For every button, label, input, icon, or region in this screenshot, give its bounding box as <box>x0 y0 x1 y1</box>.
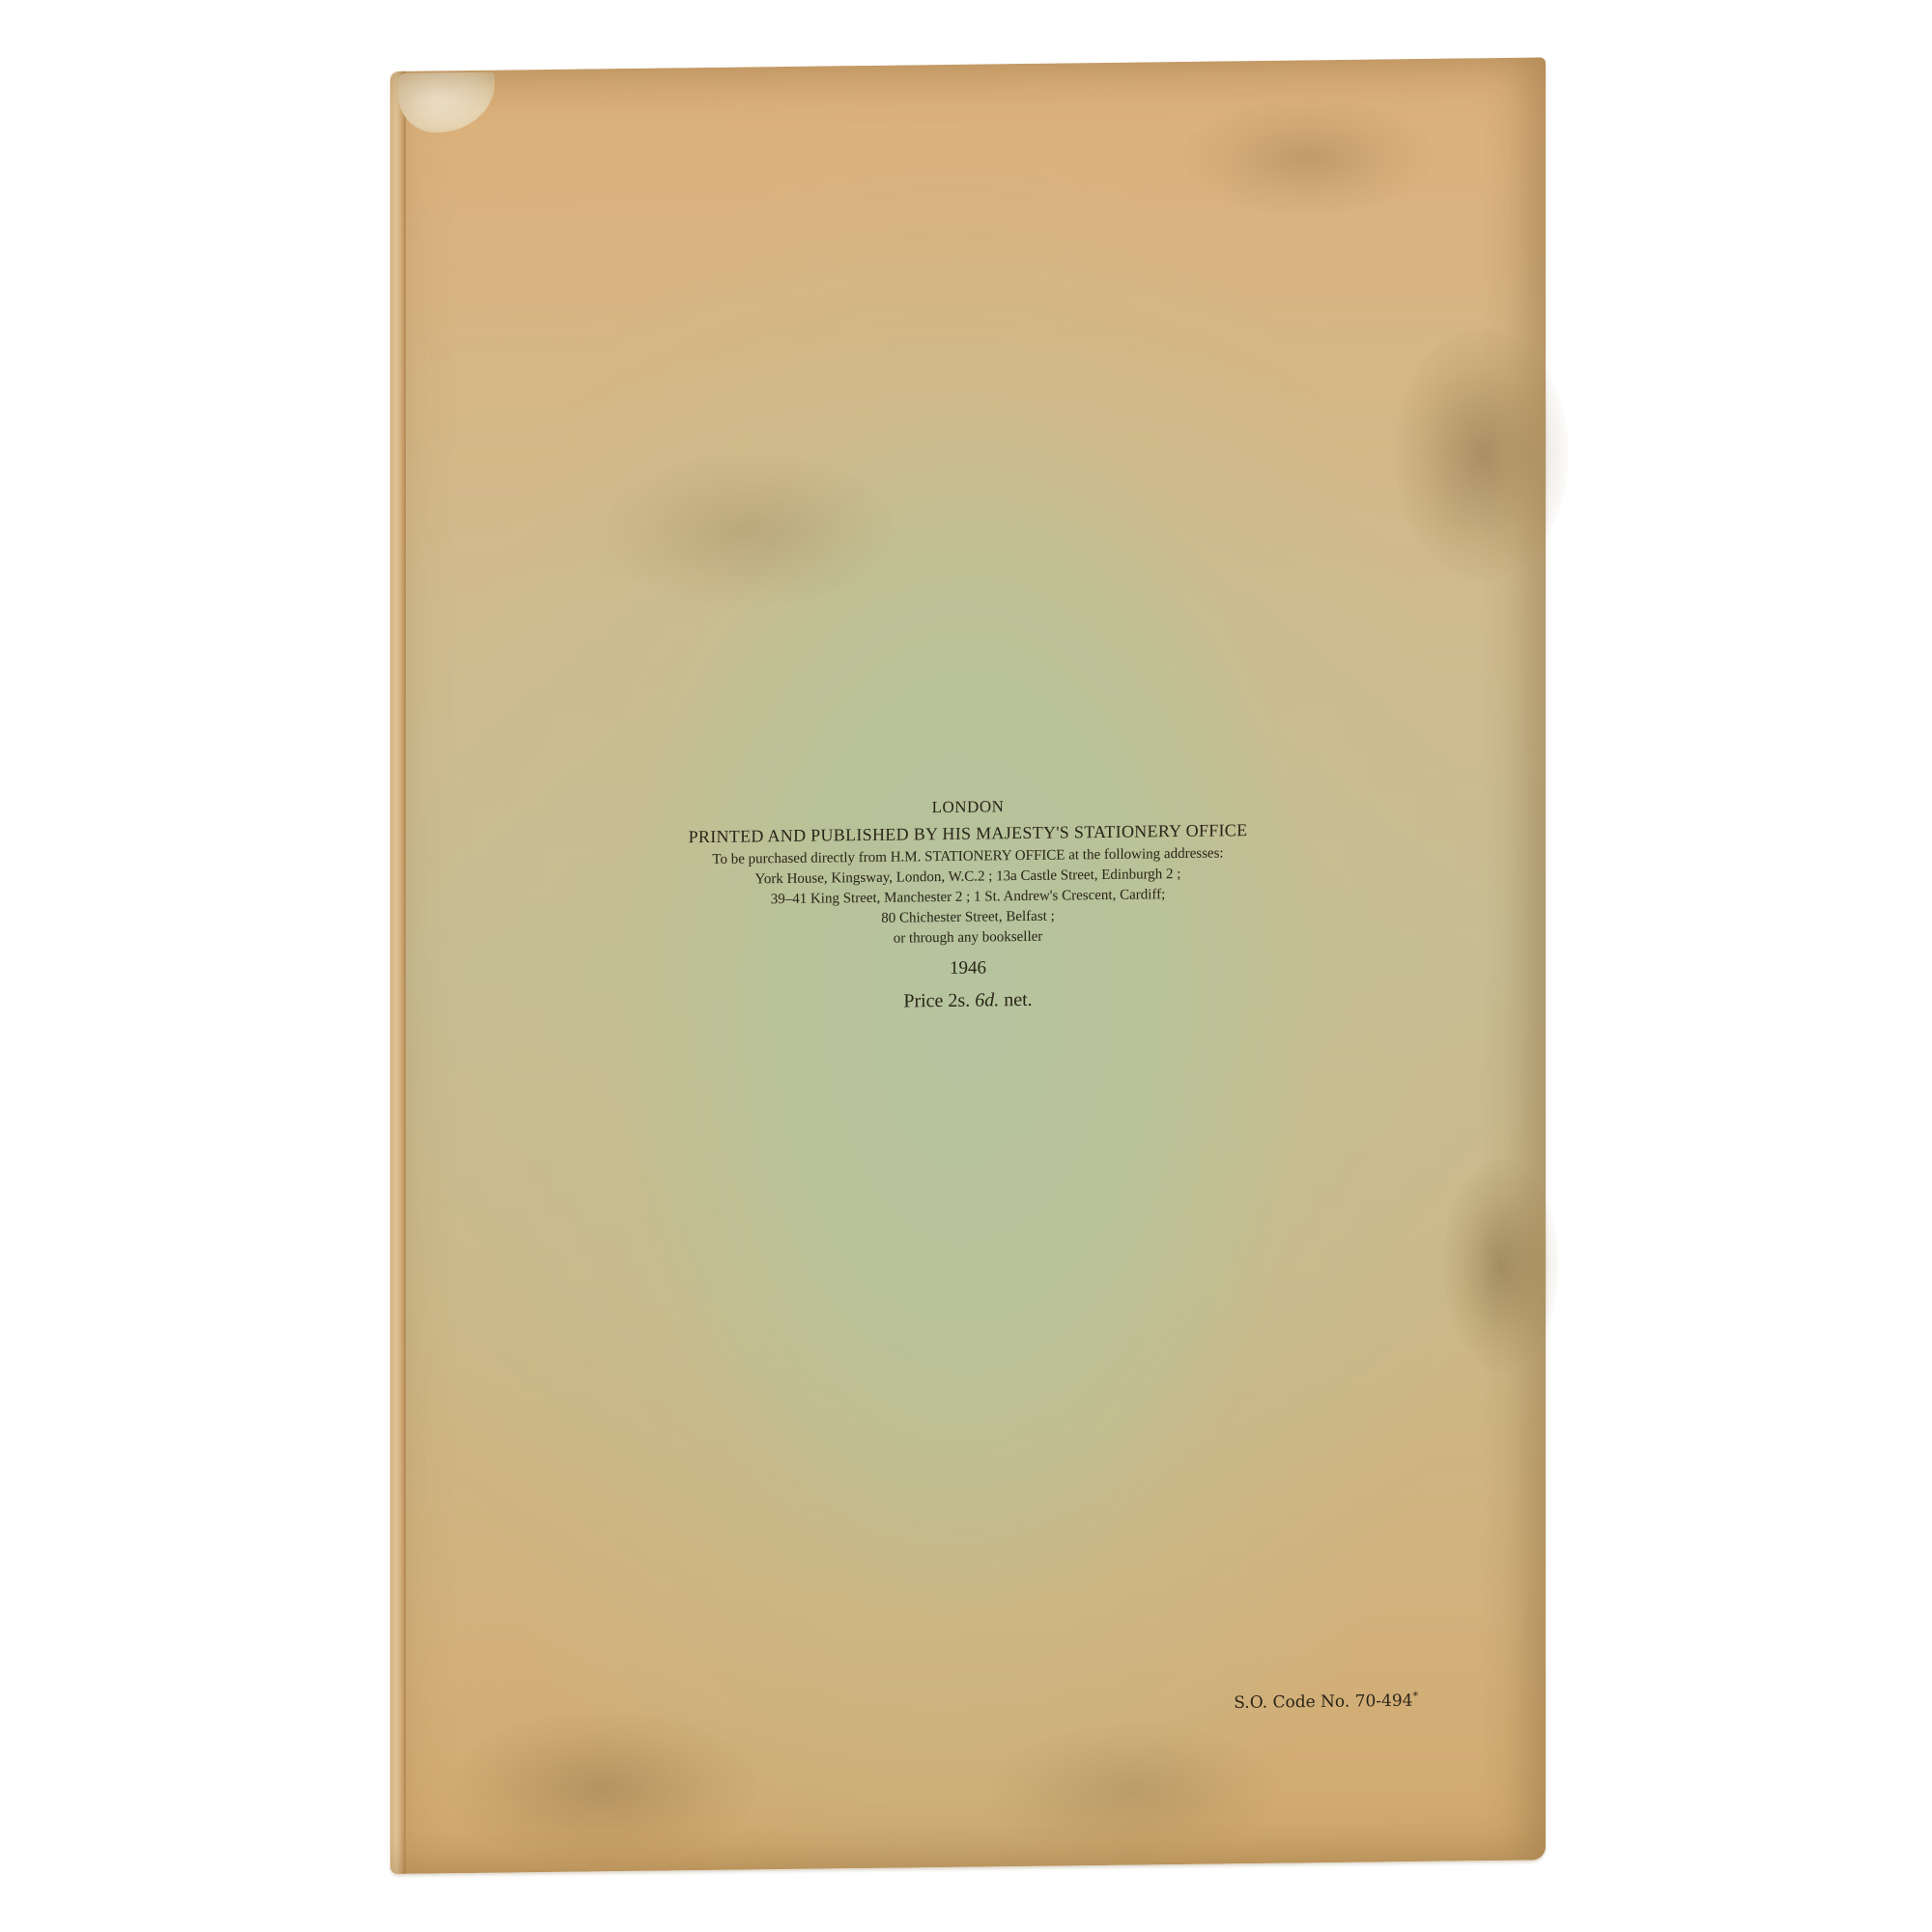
booklet-back-cover: LONDON PRINTED AND PUBLISHED BY HIS MAJE… <box>390 57 1546 1874</box>
stain <box>1395 327 1569 581</box>
price-pence-value: 6d. <box>975 989 999 1010</box>
publisher-imprint: LONDON PRINTED AND PUBLISHED BY HIS MAJE… <box>390 791 1546 1017</box>
price-suffix: net. <box>1004 989 1032 1010</box>
stain <box>1443 1158 1559 1372</box>
price-shillings: 2s. <box>948 990 970 1011</box>
stain <box>1182 98 1434 216</box>
torn-corner <box>398 72 495 133</box>
imprint-price: Price 2s. 6d. net. <box>390 983 1546 1017</box>
imprint-city: LONDON <box>390 791 1546 822</box>
code-asterisk: * <box>1413 1690 1419 1702</box>
imprint-year: 1946 <box>390 952 1546 984</box>
stain <box>603 452 893 611</box>
price-pence: 6d. <box>975 989 999 1010</box>
stationery-office-code: S.O. Code No. 70-494* <box>1234 1690 1418 1713</box>
price-label: Price <box>903 990 943 1012</box>
stain <box>989 1722 1279 1861</box>
stain <box>448 1709 757 1867</box>
code-text: S.O. Code No. 70-494 <box>1234 1691 1412 1713</box>
